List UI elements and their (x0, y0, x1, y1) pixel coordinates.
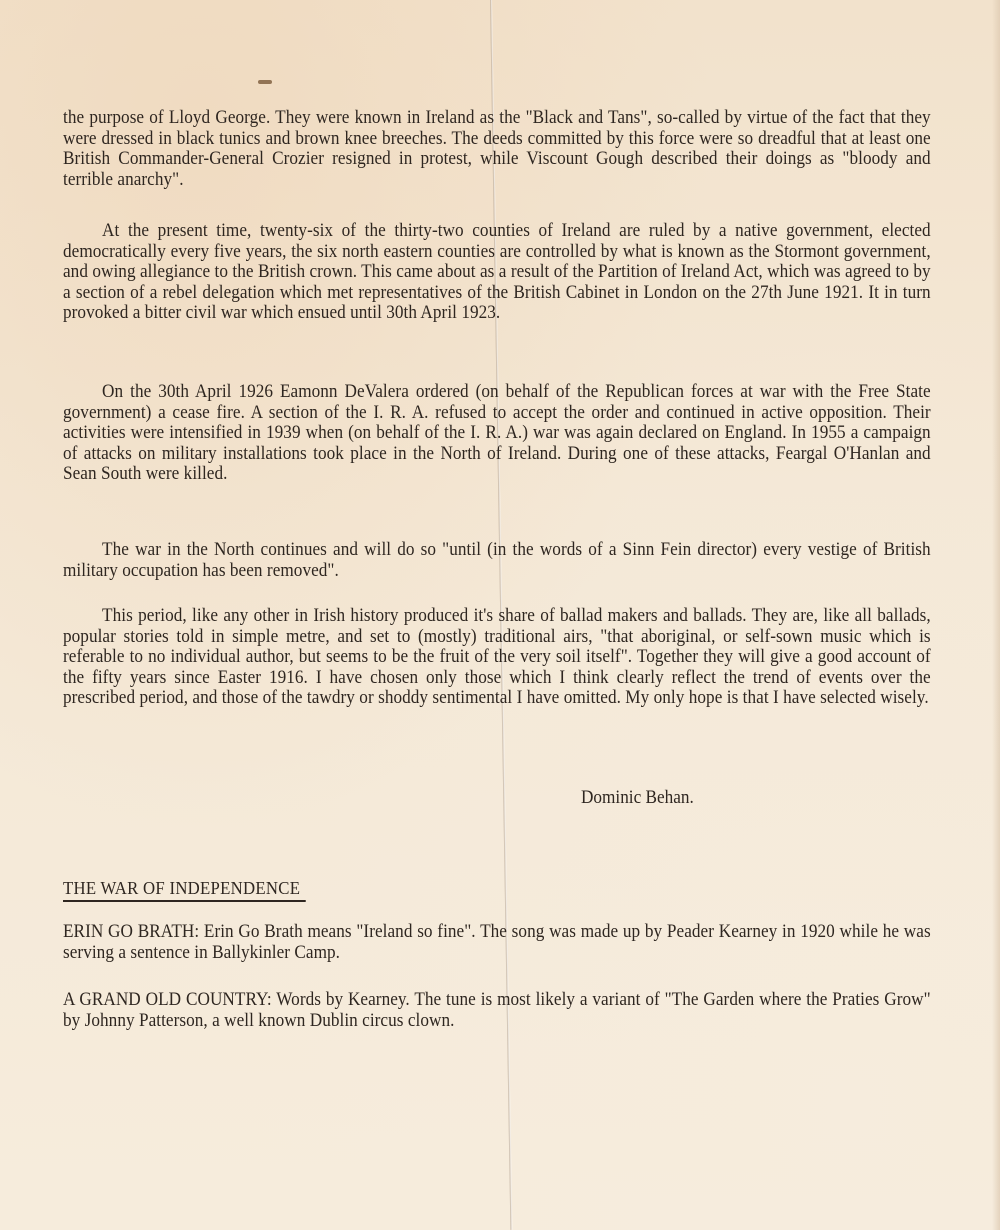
paper-edge-shadow (992, 0, 1000, 1230)
paragraph-war-in-north: The war in the North continues and will … (63, 540, 931, 581)
author-signature: Dominic Behan. (581, 788, 694, 809)
paragraph-black-and-tans: the purpose of Lloyd George. They were k… (63, 108, 931, 190)
entry-text: ERIN GO BRATH: Erin Go Brath means "Irel… (63, 922, 931, 963)
ink-mark (258, 80, 272, 84)
paragraph-text: This period, like any other in Irish his… (63, 606, 931, 709)
entry-grand-old-country: A GRAND OLD COUNTRY: Words by Kearney. T… (63, 990, 931, 1031)
paragraph-text: The war in the North continues and will … (63, 540, 931, 581)
paragraph-devalera: On the 30th April 1926 Eamonn DeValera o… (63, 382, 931, 485)
paragraph-text: the purpose of Lloyd George. They were k… (63, 108, 931, 190)
entry-erin-go-brath: ERIN GO BRATH: Erin Go Brath means "Irel… (63, 922, 931, 963)
paragraph-text: On the 30th April 1926 Eamonn DeValera o… (63, 382, 931, 485)
entry-text: A GRAND OLD COUNTRY: Words by Kearney. T… (63, 990, 931, 1031)
paragraph-text: At the present time, twenty-six of the t… (63, 221, 931, 324)
paragraph-present-time: At the present time, twenty-six of the t… (63, 221, 931, 324)
paragraph-ballads: This period, like any other in Irish his… (63, 606, 931, 709)
section-heading: THE WAR OF INDEPENDENCE (63, 878, 306, 902)
